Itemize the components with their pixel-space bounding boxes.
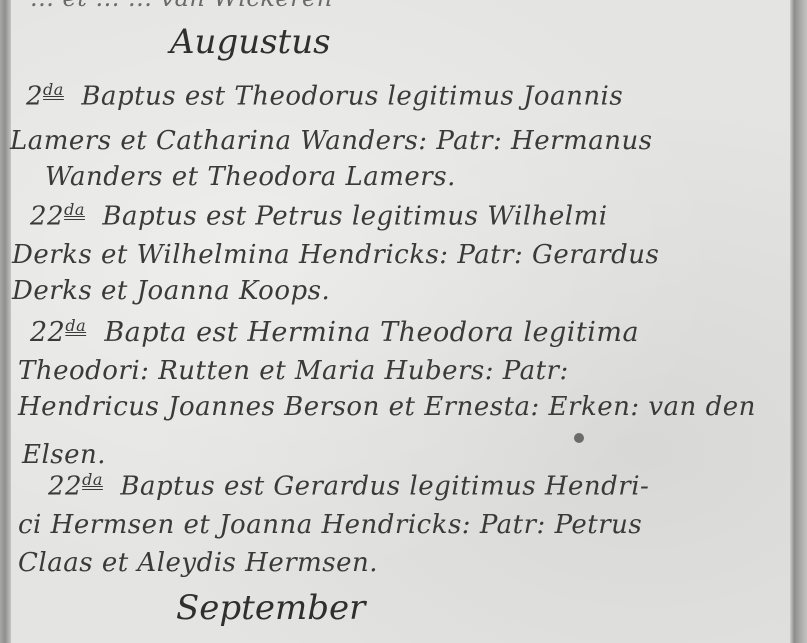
entry-line: Hendricus Joannes Berson et Ernesta: Erk… xyxy=(18,392,756,422)
entry-day: 22 xyxy=(30,317,65,348)
entry-line: Derks et Wilhelmina Hendricks: Patr: Ger… xyxy=(12,240,659,270)
top-fragment-line: ... et ... ... van Wickeren xyxy=(30,0,333,12)
entry-line: 22da Bapta est Hermina Theodora legitima xyxy=(30,316,639,348)
entry-day: 2 xyxy=(26,82,43,112)
entry-line: Derks et Joanna Koops. xyxy=(12,276,330,306)
entry-line: 22da Baptus est Petrus legitimus Wilhelm… xyxy=(30,200,608,232)
page-binding-edge xyxy=(0,0,11,643)
entry-text: Baptus est Theodorus legitimus Joannis xyxy=(81,82,623,112)
entry-text: Baptus est Petrus legitimus Wilhelmi xyxy=(102,202,607,232)
month-heading-augustus: Augustus xyxy=(170,22,331,62)
month-heading-september: September xyxy=(176,588,365,628)
entry-line: Lamers et Catharina Wanders: Patr: Herma… xyxy=(10,126,653,156)
entry-line: Wanders et Theodora Lamers. xyxy=(45,162,456,192)
entry-line: Theodori: Rutten et Maria Hubers: Patr: xyxy=(18,356,569,386)
entry-line: 22da Baptus est Gerardus legitimus Hendr… xyxy=(48,470,649,502)
ink-blot xyxy=(574,433,584,443)
entry-day-suffix: da xyxy=(65,316,86,335)
entry-day: 22 xyxy=(30,202,64,232)
register-page: ... et ... ... van Wickeren Augustus 2da… xyxy=(0,0,807,643)
entry-line: ci Hermsen et Joanna Hendricks: Patr: Pe… xyxy=(18,510,642,540)
entry-line: Elsen. xyxy=(22,440,106,470)
entry-day-suffix: da xyxy=(64,200,85,219)
page-right-edge xyxy=(790,0,807,643)
entry-line: Claas et Aleydis Hermsen. xyxy=(18,548,378,578)
entry-day-suffix: da xyxy=(43,80,64,99)
entry-text: Bapta est Hermina Theodora legitima xyxy=(104,317,639,348)
entry-day: 22 xyxy=(48,472,82,502)
entry-text: Baptus est Gerardus legitimus Hendri- xyxy=(120,472,649,502)
entry-day-suffix: da xyxy=(82,470,103,489)
entry-line: 2da Baptus est Theodorus legitimus Joann… xyxy=(26,80,623,112)
